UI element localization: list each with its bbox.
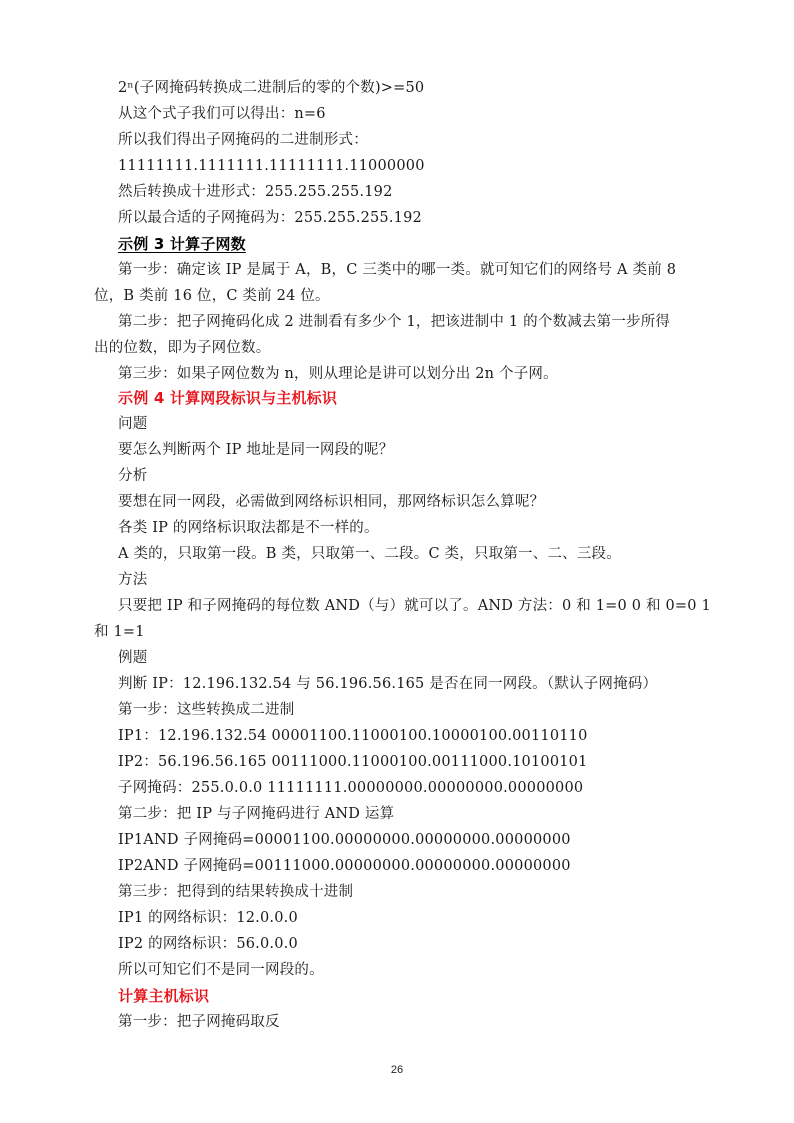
- subheading-method: 方法: [118, 570, 147, 590]
- ip1-network-id-line: IP1 的网络标识：12.0.0.0: [118, 908, 298, 928]
- ip1-and-line: IP1AND 子网掩码=00001100.00000000.00000000.0…: [118, 830, 571, 850]
- paragraph-line: 从这个式子我们可以得出：n=6: [118, 104, 326, 124]
- page-number: 26: [0, 1064, 794, 1076]
- paragraph-line: A 类的，只取第一段。B 类，只取第一、二段。C 类，只取第一、二、三段。: [118, 544, 621, 564]
- mask-binary-line: 子网掩码：255.0.0.0 11111111.00000000.0000000…: [118, 778, 583, 798]
- paragraph-line: 各类 IP 的网络标识取法都是不一样的。: [118, 518, 379, 538]
- document-page: 2ⁿ(子网掩码转换成二进制后的零的个数)>=50 从这个式子我们可以得出：n=6…: [0, 0, 794, 1123]
- paragraph-line: 位，B 类前 16 位，C 类前 24 位。: [94, 286, 330, 306]
- step-line: 第三步：把得到的结果转换成十进制: [118, 882, 353, 902]
- paragraph-line: 要怎么判断两个 IP 地址是同一网段的呢？: [118, 440, 393, 460]
- paragraph-line: 和 1=1: [94, 622, 145, 642]
- paragraph-line: 然后转换成十进形式：255.255.255.192: [118, 182, 393, 202]
- binary-mask-line: 11111111.1111111.11111111.11000000: [118, 156, 425, 176]
- ip2-binary-line: IP2：56.196.56.165 00111000.11000100.0011…: [118, 752, 588, 772]
- paragraph-line: 只要把 IP 和子网掩码的每位数 AND（与）就可以了。AND 方法：0 和 1…: [118, 596, 711, 616]
- subheading-analysis: 分析: [118, 466, 147, 486]
- subheading-example: 例题: [118, 648, 147, 668]
- paragraph-line: 判断 IP：12.196.132.54 与 56.196.56.165 是否在同…: [118, 674, 657, 694]
- step-line: 第一步：这些转换成二进制: [118, 700, 294, 720]
- paragraph-line: 出的位数，即为子网位数。: [94, 338, 270, 358]
- ip1-binary-line: IP1：12.196.132.54 00001100.11000100.1000…: [118, 726, 588, 746]
- section-heading-example-3: 示例 3 计算子网数: [118, 234, 246, 254]
- formula-line: 2ⁿ(子网掩码转换成二进制后的零的个数)>=50: [118, 78, 424, 98]
- step-line: 第二步：把 IP 与子网掩码进行 AND 运算: [118, 804, 394, 824]
- ip2-and-line: IP2AND 子网掩码=00111000.00000000.00000000.0…: [118, 856, 571, 876]
- paragraph-line: 第一步：确定该 IP 是属于 A，B，C 三类中的哪一类。就可知它们的网络号 A…: [118, 260, 676, 280]
- subheading-question: 问题: [118, 414, 147, 434]
- paragraph-line: 第二步：把子网掩码化成 2 进制看有多少个 1，把该进制中 1 的个数减去第一步…: [118, 312, 670, 332]
- conclusion-line: 所以可知它们不是同一网段的。: [118, 960, 324, 980]
- paragraph-line: 所以最合适的子网掩码为：255.255.255.192: [118, 208, 422, 228]
- paragraph-line: 所以我们得出子网掩码的二进制形式：: [118, 130, 368, 150]
- section-heading-example-4: 示例 4 计算网段标识与主机标识: [118, 388, 337, 408]
- paragraph-line: 要想在同一网段，必需做到网络标识相同，那网络标识怎么算呢？: [118, 492, 544, 512]
- paragraph-line: 第三步：如果子网位数为 n，则从理论是讲可以划分出 2n 个子网。: [118, 364, 558, 384]
- step-line: 第一步：把子网掩码取反: [118, 1012, 280, 1032]
- ip2-network-id-line: IP2 的网络标识：56.0.0.0: [118, 934, 298, 954]
- section-heading-host-id: 计算主机标识: [118, 986, 209, 1006]
